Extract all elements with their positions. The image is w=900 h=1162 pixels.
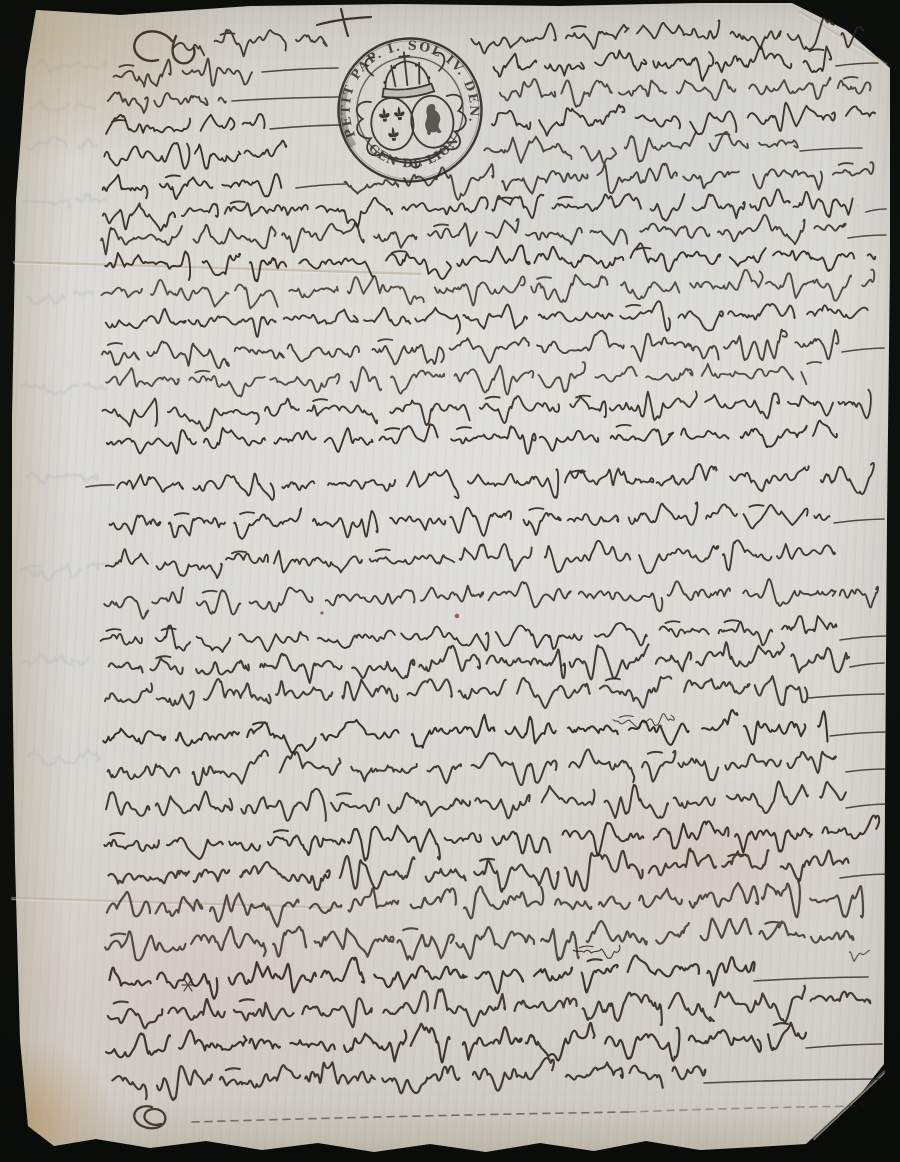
rule-stroke: [846, 804, 886, 808]
crease-highlight: [14, 264, 420, 276]
rule-stroke: [840, 874, 886, 878]
handwriting-line: [108, 985, 871, 1030]
rule-stroke: [86, 485, 114, 487]
showthrough-mark: [22, 384, 105, 395]
showthrough-mark: [26, 137, 97, 149]
handwriting-line: [103, 709, 827, 754]
handwriting-line: [484, 130, 798, 164]
line-filler-strokes: [86, 63, 886, 1122]
handwriting-line: [106, 114, 265, 134]
rule-stroke: [846, 769, 886, 772]
handwriting-line: [102, 329, 839, 370]
handwriting-line: [107, 746, 836, 789]
handwriting-line: [117, 463, 874, 502]
rule-stroke: [866, 209, 886, 212]
rule-stroke: [848, 235, 886, 238]
handwriting-line: [105, 674, 807, 713]
interlinear-insertion: [573, 945, 620, 958]
handwriting-line: [104, 578, 878, 619]
ink-marks: [134, 9, 371, 1128]
handwriting-line: [173, 29, 327, 57]
showthrough-mark: [28, 292, 93, 304]
verso-showthrough: [20, 59, 107, 765]
crease-line: [814, 1072, 884, 1138]
red-ink-spot: [455, 614, 459, 618]
handwriting-line: [500, 76, 871, 107]
handwriting-line: [102, 174, 281, 200]
fleur-de-lis-icon: [393, 106, 405, 121]
rule-stroke: [192, 1112, 628, 1122]
showthrough-mark: [20, 563, 107, 580]
handwriting-line: [106, 299, 868, 338]
handwriting-line: [103, 189, 853, 232]
handwriting-line: [101, 214, 846, 254]
handwriting-line: [106, 539, 835, 579]
rule-stroke: [628, 1106, 864, 1112]
handwriting-line: [493, 46, 831, 83]
rule-stroke: [704, 1079, 880, 1083]
handwriting-line: [107, 420, 837, 457]
crease-line: [800, 12, 886, 64]
handwriting-line: [109, 501, 829, 540]
handwriting-line: [100, 616, 836, 654]
handwriting-line: [105, 241, 875, 282]
rule-stroke: [270, 125, 340, 129]
handwriting-line: [492, 102, 875, 136]
rule-stroke: [834, 519, 884, 523]
handwriting-line: [471, 17, 863, 53]
handwriting-line: [112, 1057, 705, 1101]
rule-stroke: [836, 63, 878, 66]
handwriting-line: [108, 91, 226, 113]
handwriting-line: [106, 360, 821, 398]
crease-highlight: [800, 14, 886, 66]
flourish-loop: [134, 1106, 165, 1128]
showthrough-mark: [24, 654, 88, 664]
rule-stroke: [808, 694, 884, 698]
photographed-document: PETIT PAP. I. SOL IV. DEN. ★ GEN DE LION…: [0, 0, 900, 1162]
showthrough-mark: [24, 194, 105, 208]
rule-stroke: [296, 184, 346, 188]
showthrough-mark: [26, 472, 98, 484]
handwriting-line: [104, 141, 286, 170]
manuscript-artwork: PETIT PAP. I. SOL IV. DEN. ★ GEN DE LION…: [0, 0, 900, 1162]
interlinear-insertion: [849, 950, 869, 961]
showthrough-mark: [30, 101, 94, 110]
rule-stroke: [800, 148, 862, 151]
rampant-lion-icon: [423, 103, 442, 135]
revenue-stamp: PETIT PAP. I. SOL IV. DEN. ★ GEN DE LION…: [0, 0, 489, 225]
cross-mark: [317, 9, 371, 36]
rule-stroke: [830, 732, 886, 736]
stamp-bottom-legend: ★ GEN DE LION ★: [0, 0, 467, 214]
fleur-de-lis-icon: [388, 126, 400, 141]
rule-stroke: [842, 348, 884, 352]
handwriting-line: [109, 954, 754, 999]
rule-stroke: [232, 97, 338, 101]
stamp-bottom-legend-text: ★ GEN DE LION ★: [0, 0, 467, 214]
red-ink-spot: [320, 611, 323, 614]
showthrough-mark: [34, 59, 106, 72]
ink-spots: [320, 611, 459, 618]
handwriting-line: [344, 161, 873, 201]
handwriting-line: [106, 781, 846, 823]
fleur-de-lis-icon: [378, 107, 390, 122]
handwriting-line: [102, 390, 871, 432]
rule-stroke: [806, 1044, 882, 1048]
rule-stroke: [840, 636, 886, 640]
handwriting-line: [104, 815, 879, 862]
handwriting: [95, 17, 884, 1100]
rule-stroke: [262, 68, 338, 72]
rule-stroke: [754, 977, 868, 981]
handwriting-line: [105, 917, 854, 964]
showthrough-mark: [28, 749, 99, 765]
handwriting-line: [106, 1020, 806, 1065]
